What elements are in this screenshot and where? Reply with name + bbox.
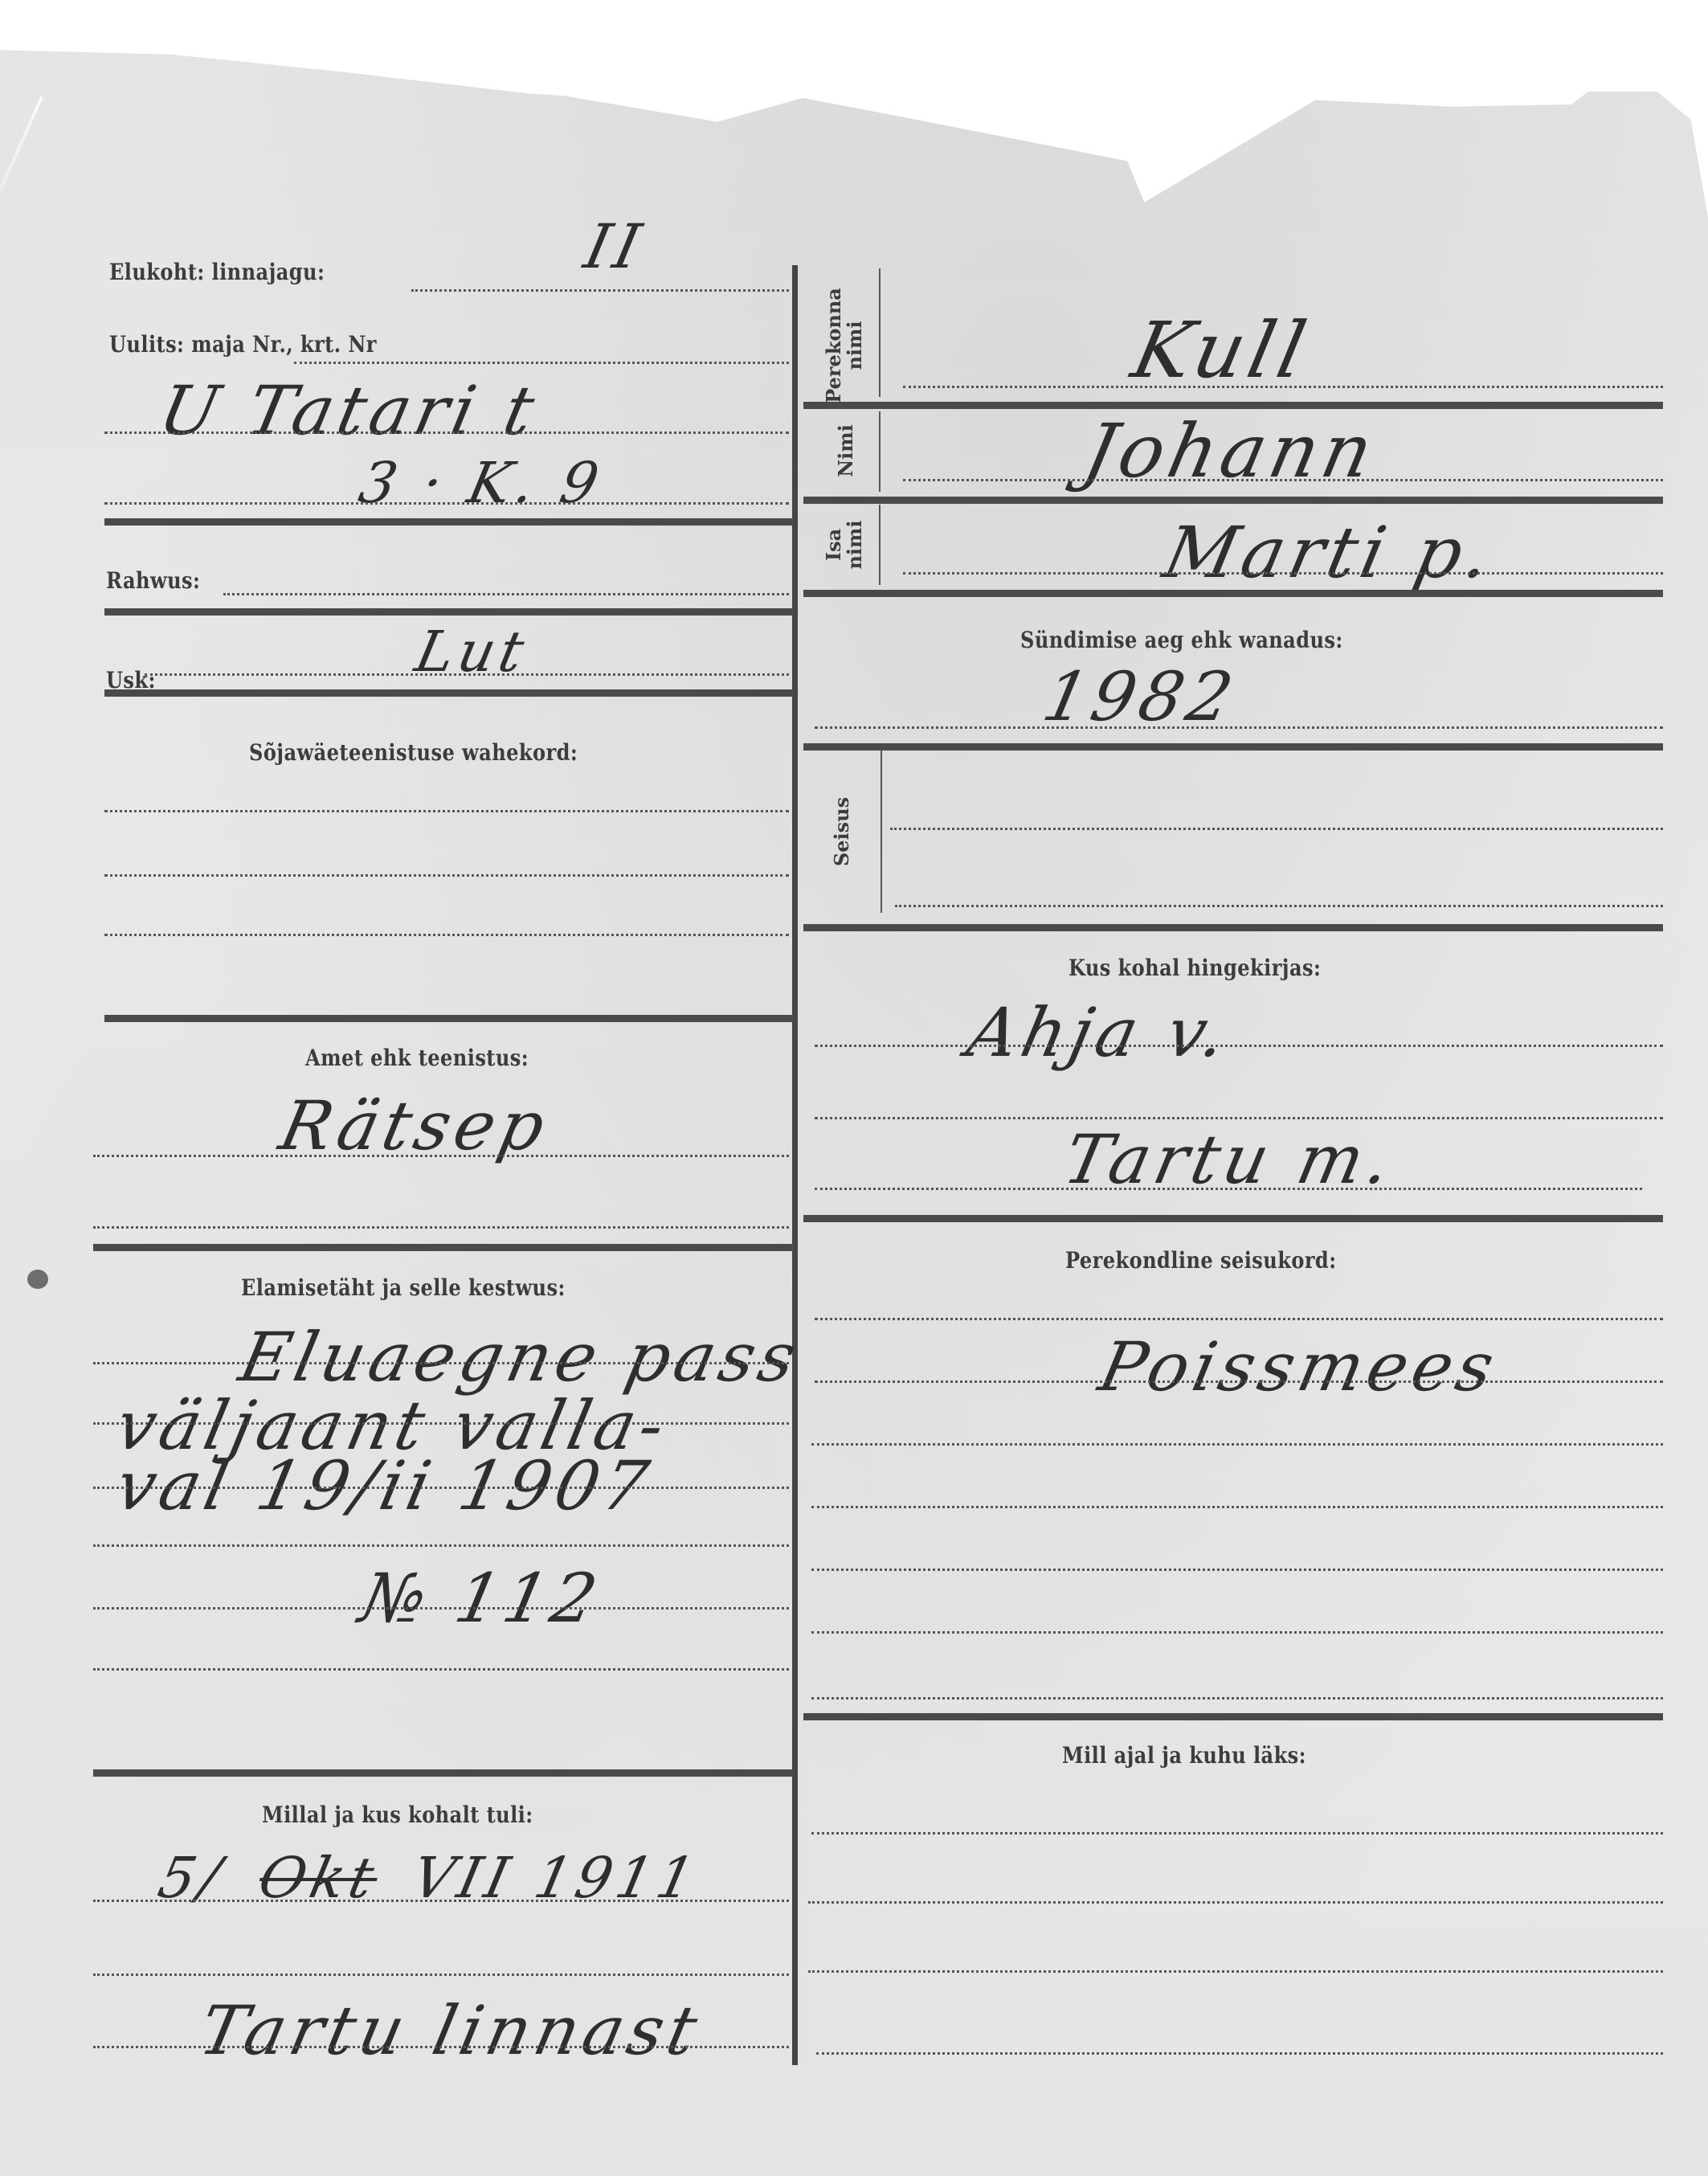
dotted-line	[93, 1422, 789, 1425]
value-residence-permit-line1: Eluaegne pass	[233, 1318, 807, 1397]
section-divider	[104, 518, 794, 526]
dotted-line	[811, 1443, 1663, 1446]
dotted-line	[815, 726, 1663, 729]
value-occupation: Rätsep	[273, 1086, 556, 1165]
label-status: Seisus	[832, 783, 856, 880]
label-departure: Mill ajal ja kuhu läks:	[1062, 1742, 1306, 1769]
name-block-label-divider	[879, 411, 881, 492]
dotted-line	[93, 1544, 789, 1547]
label-registry-place: Kus kohal hingekirjas:	[1069, 955, 1321, 981]
label-arrival: Millal ja kus kohalt tuli:	[262, 1802, 533, 1828]
value-father-name: Marti p.	[1157, 511, 1502, 594]
dotted-line	[895, 905, 1663, 907]
label-father-name: Isa nimi	[823, 501, 872, 589]
center-divider	[792, 265, 798, 2065]
dotted-line	[903, 572, 1663, 575]
dotted-line	[808, 1970, 1663, 1973]
section-divider	[803, 924, 1663, 931]
section-divider	[803, 743, 1663, 751]
dotted-line	[93, 1487, 789, 1489]
dotted-line	[815, 1318, 1663, 1320]
value-religion: Lut	[410, 619, 534, 685]
dotted-line	[104, 502, 789, 505]
dotted-line	[890, 828, 1663, 830]
section-divider	[104, 1015, 794, 1022]
dotted-line	[223, 593, 789, 595]
label-occupation: Amet ehk teenistus:	[305, 1045, 529, 1071]
label-surname-line1: Perekonna	[823, 285, 844, 406]
dotted-line	[816, 2052, 1663, 2055]
dotted-line	[104, 810, 789, 812]
label-nationality: Rahwus:	[106, 567, 200, 594]
value-family-status: Poissmees	[1093, 1327, 1506, 1406]
section-divider	[93, 1244, 794, 1251]
value-arrival-line2: Tartu linnast	[193, 1991, 709, 2070]
dotted-line	[815, 1045, 1663, 1047]
section-divider	[803, 1215, 1663, 1222]
dotted-line	[411, 289, 789, 292]
section-divider	[803, 497, 1663, 504]
dotted-line	[811, 1832, 1663, 1834]
section-divider	[104, 608, 794, 616]
dotted-line	[903, 386, 1663, 388]
ink-stain	[27, 1270, 48, 1289]
dotted-line	[811, 1506, 1663, 1508]
dotted-line	[93, 1226, 789, 1229]
dotted-line	[104, 874, 789, 877]
dotted-line	[93, 1668, 789, 1671]
dotted-line	[93, 1607, 789, 1610]
dotted-line	[93, 1900, 789, 1902]
dotted-line	[808, 1901, 1663, 1904]
value-residence-permit-line4: № 112	[353, 1559, 608, 1638]
name-block-label-divider	[879, 268, 881, 397]
section-divider	[803, 1713, 1663, 1720]
value-registry-place-line1: Ahja v.	[961, 993, 1238, 1072]
dotted-line	[815, 1117, 1663, 1119]
dotted-line	[811, 1697, 1663, 1699]
value-birth: 1982	[1036, 657, 1244, 736]
label-birth: Sündimise aeg ehk wanadus:	[1020, 627, 1343, 653]
dotted-line	[104, 432, 789, 434]
label-military-service: Sõjawäeteenistuse wahekord:	[249, 739, 578, 766]
value-street-address-line2: 3 · K. 9	[353, 450, 609, 516]
dotted-line	[93, 1362, 789, 1364]
label-residence-district: Elukoht: linnajagu:	[109, 259, 325, 285]
value-surname: Kull	[1125, 305, 1318, 395]
label-residence-permit: Elamisetäht ja selle kestwus:	[241, 1274, 566, 1301]
label-surname-line2: nimi	[844, 285, 865, 406]
value-residence-permit-line3: val 19/ii 1907	[109, 1446, 660, 1525]
dotted-line	[93, 2046, 789, 2048]
label-father-name-line1: Isa	[823, 501, 844, 589]
dotted-line	[93, 1155, 789, 1157]
dotted-line	[294, 362, 789, 364]
section-divider	[93, 1769, 794, 1777]
label-first-name: Nimi	[836, 407, 860, 495]
dotted-line	[903, 479, 1663, 481]
label-surname: Perekonna nimi	[823, 285, 872, 406]
section-divider	[104, 689, 794, 697]
dotted-line	[815, 1188, 1642, 1190]
label-street-address: Uulits: maja Nr., krt. Nr	[109, 331, 377, 358]
section-divider	[803, 590, 1663, 597]
label-family-status: Perekondline seisukord:	[1065, 1247, 1337, 1274]
dotted-line	[811, 1569, 1663, 1571]
name-block-label-divider	[879, 505, 881, 585]
status-label-divider	[881, 749, 882, 913]
dotted-line	[93, 1974, 789, 1976]
dotted-line	[811, 1631, 1663, 1634]
dotted-line	[104, 934, 789, 936]
label-father-name-line2: nimi	[844, 501, 865, 589]
value-street-address-line1: U Tatari t	[153, 371, 545, 450]
dotted-line	[815, 1380, 1663, 1383]
